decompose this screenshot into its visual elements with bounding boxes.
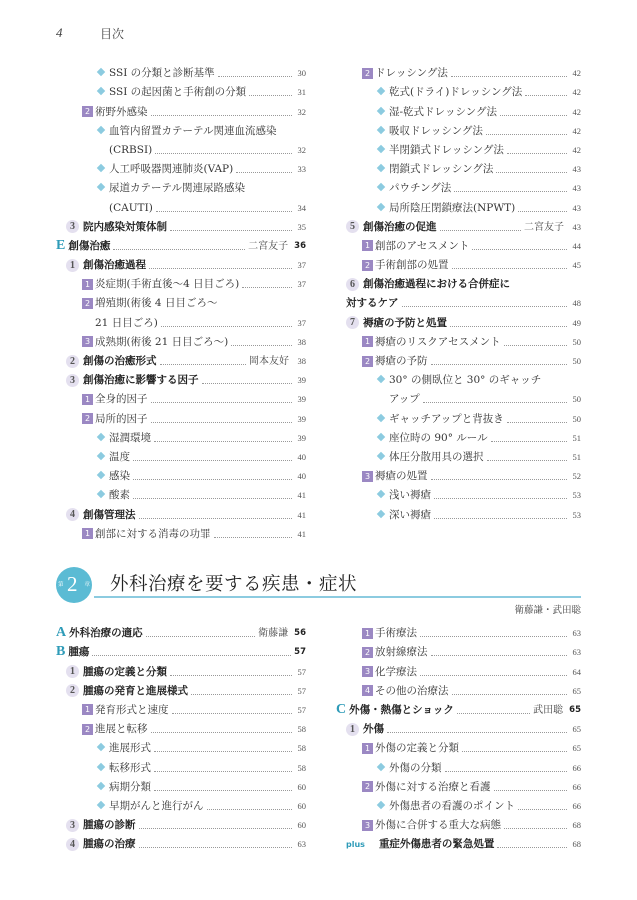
dot-leader xyxy=(202,383,293,384)
page-number-ref: 39 xyxy=(295,371,306,390)
section-letter: A xyxy=(56,625,66,640)
entry-text: 湿-乾式ドレッシング法 xyxy=(389,106,497,118)
toc-entry-title: 1外傷の定義と分類 xyxy=(362,739,459,758)
section-number-badge: 3 xyxy=(66,374,79,387)
entry-text: 放射線療法 xyxy=(375,646,428,658)
diamond-bullet-icon xyxy=(377,126,385,134)
dot-leader xyxy=(518,211,567,212)
toc-entry[interactable]: 病期分類60 xyxy=(56,778,306,797)
toc-entry-title: 感染 xyxy=(96,467,130,486)
toc-entry[interactable]: 1発育形式と速度57 xyxy=(56,701,306,720)
section-number-badge: 1 xyxy=(66,665,79,678)
entry-author: 岡本友好 xyxy=(249,352,289,371)
page-number-ref: 38 xyxy=(295,333,306,352)
chapter-divider xyxy=(94,596,581,598)
page-number-ref: 43 xyxy=(570,179,581,198)
entry-text: 半閉鎖式ドレッシング法 xyxy=(389,144,504,156)
toc-entry-title: 3成熟期(術後 21 日目ごろ～) xyxy=(82,333,228,352)
page-number-ref: 63 xyxy=(570,624,581,643)
entry-text: 吸収ドレッシング法 xyxy=(389,125,483,137)
entry-text: 全身的因子 xyxy=(95,393,148,405)
toc-entry[interactable]: 湿潤環境39 xyxy=(56,429,306,448)
toc-entry[interactable]: 2外傷に対する治療と看護66 xyxy=(336,778,581,797)
page-number-ref: 63 xyxy=(295,835,306,854)
toc-column-bottom-left: A外科治療の適応衛藤謙56B腫瘍571腫瘍の定義と分類572腫瘍の発育と進展様式… xyxy=(56,624,306,854)
page-number-ref: 50 xyxy=(570,390,581,409)
toc-entry[interactable]: 局所陰圧閉鎖療法(NPWT)43 xyxy=(336,198,581,217)
page-number-ref: 56 xyxy=(294,624,306,643)
toc-entry[interactable]: 進展形式58 xyxy=(56,739,306,758)
page-number-ref: 60 xyxy=(295,816,306,835)
page-number-ref: 37 xyxy=(295,314,306,333)
dot-leader xyxy=(472,249,567,250)
toc-entry[interactable]: 温度40 xyxy=(56,448,306,467)
toc-entry[interactable]: 外傷の分類66 xyxy=(336,758,581,777)
toc-entry-title: 1褥瘡のリスクアセスメント xyxy=(362,333,501,352)
entry-text: その他の治療法 xyxy=(375,685,449,697)
entry-text: パウチング法 xyxy=(389,182,451,194)
toc-entry-title: 3褥瘡の処置 xyxy=(362,467,428,486)
toc-entry-title: 2放射線療法 xyxy=(362,643,428,662)
toc-entry[interactable]: ギャッチアップと背抜き50 xyxy=(336,409,581,428)
dot-leader xyxy=(133,460,292,461)
toc-entry[interactable]: 30° の側臥位と 30° のギャッチアップ50 xyxy=(336,371,581,409)
entry-text: 外傷の分類 xyxy=(389,762,442,774)
toc-entry[interactable]: 体圧分散用具の選択51 xyxy=(336,448,581,467)
toc-entry[interactable]: 2増殖期(術後 4 日目ごろ～21 日目ごろ)37 xyxy=(56,294,306,332)
toc-entry[interactable]: 2進展と転移58 xyxy=(56,720,306,739)
toc-entry[interactable]: 1全身的因子39 xyxy=(56,390,306,409)
page-number-ref: 33 xyxy=(295,160,306,179)
toc-entry-title: 3化学療法 xyxy=(362,663,417,682)
subsection-number-badge: 2 xyxy=(82,106,93,117)
dot-leader xyxy=(402,306,568,307)
toc-entry[interactable]: SSI の起因菌と手術創の分類31 xyxy=(56,83,306,102)
entry-text: 腫瘍の発育と進展様式 xyxy=(83,685,188,697)
toc-entry-title: 乾式(ドライ)ドレッシング法 xyxy=(376,83,522,102)
toc-entry-title: 2ドレッシング法 xyxy=(362,64,448,83)
diamond-bullet-icon xyxy=(377,106,385,114)
chapter-number-circle: 第 2 章 xyxy=(56,567,92,603)
toc-entry[interactable]: 血管内留置カテーテル関連血流感染(CRBSI)32 xyxy=(56,122,306,160)
entry-text: 外傷 xyxy=(363,723,384,735)
section-number-badge: 4 xyxy=(66,508,79,521)
page-number-ref: 53 xyxy=(570,506,581,525)
toc-entry-title: 閉鎖式ドレッシング法 xyxy=(376,160,493,179)
toc-entry-title: 進展形式 xyxy=(96,739,151,758)
toc-entry[interactable]: 1創部に対する消毒の功罪41 xyxy=(56,525,306,544)
toc-entry-title: 1創部に対する消毒の功罪 xyxy=(82,525,211,544)
toc-entry-title: 酸素 xyxy=(96,486,130,505)
toc-entry[interactable]: 3褥瘡の処置52 xyxy=(336,467,581,486)
page-number-ref: 66 xyxy=(570,778,581,797)
toc-entry-title: 湿-乾式ドレッシング法 xyxy=(376,103,497,122)
entry-text: 座位時の 90° ルール xyxy=(389,432,488,444)
toc-entry[interactable]: 座位時の 90° ルール51 xyxy=(336,429,581,448)
entry-text: 創傷管理法 xyxy=(83,509,136,521)
toc-entry-title: 外傷患者の看護のポイント xyxy=(376,797,515,816)
chapter-prefix: 第 xyxy=(58,580,64,588)
dot-leader xyxy=(486,134,567,135)
entry-author: 二宮友子 xyxy=(248,237,288,256)
page-number-ref: 39 xyxy=(295,390,306,409)
toc-entry[interactable]: 6創傷治癒過程における合併症に対するケア48 xyxy=(336,275,581,313)
chapter-number: 2 xyxy=(67,572,78,597)
toc-entry[interactable]: 尿道カテーテル関連尿路感染(CAUTI)34 xyxy=(56,179,306,217)
toc-entry[interactable]: 外傷患者の看護のポイント66 xyxy=(336,797,581,816)
entry-text: ギャッチアップと背抜き xyxy=(389,413,504,425)
entry-text: 感染 xyxy=(109,470,130,482)
dot-leader xyxy=(431,655,568,656)
toc-entry-title: 転移形式 xyxy=(96,759,151,778)
page-number-ref: 66 xyxy=(570,797,581,816)
page-number-ref: 36 xyxy=(294,237,306,256)
entry-text: 外科治療の適応 xyxy=(69,627,143,639)
entry-author: 武田聡 xyxy=(533,701,563,720)
toc-entry[interactable]: 1腫瘍の定義と分類57 xyxy=(56,662,306,681)
entry-text: 炎症期(手術直後～4 日目ごろ) xyxy=(95,278,239,290)
page-number-ref: 40 xyxy=(295,448,306,467)
entry-text: 腫瘍の診断 xyxy=(83,819,136,831)
entry-text: 腫瘍の治療 xyxy=(83,838,136,850)
toc-entry[interactable]: 4腫瘍の治療63 xyxy=(56,835,306,854)
toc-entry[interactable]: パウチング法43 xyxy=(336,179,581,198)
toc-entry[interactable]: 感染40 xyxy=(56,467,306,486)
entry-text: 外傷に対する治療と看護 xyxy=(375,781,491,793)
section-number-badge: 3 xyxy=(66,220,79,233)
toc-entry[interactable]: 2ドレッシング法42 xyxy=(336,64,581,83)
entry-text: 30° の側臥位と 30° のギャッチ xyxy=(389,374,541,386)
toc-entry[interactable]: B腫瘍57 xyxy=(56,643,306,662)
section-number-badge: 7 xyxy=(346,316,359,329)
diamond-bullet-icon xyxy=(377,801,385,809)
diamond-bullet-icon xyxy=(377,87,385,95)
subsection-number-badge: 1 xyxy=(82,279,93,290)
entry-text: 増殖期(術後 4 日目ごろ～ xyxy=(95,297,217,309)
entry-text: 創傷治癒の促進 xyxy=(363,221,437,233)
diamond-bullet-icon xyxy=(97,452,105,460)
diamond-bullet-icon xyxy=(97,471,105,479)
dot-leader xyxy=(170,230,292,231)
toc-entry[interactable]: 3院内感染対策体制35 xyxy=(56,218,306,237)
entry-text: 発育形式と速度 xyxy=(95,704,169,716)
dot-leader xyxy=(154,441,292,442)
entry-text: 褥瘡の予防 xyxy=(375,355,428,367)
toc-entry[interactable]: 閉鎖式ドレッシング法43 xyxy=(336,160,581,179)
entry-text: 手術創部の処置 xyxy=(375,259,449,271)
dot-leader xyxy=(507,153,567,154)
entry-text-continued: 21 日目ごろ) xyxy=(82,314,158,333)
toc-entry[interactable]: 1炎症期(手術直後～4 日目ごろ)37 xyxy=(56,275,306,294)
toc-entry-title: 外傷の分類 xyxy=(376,759,442,778)
toc-entry[interactable]: 4創傷管理法41 xyxy=(56,505,306,524)
toc-entry[interactable]: 湿-乾式ドレッシング法42 xyxy=(336,102,581,121)
entry-text: 進展形式 xyxy=(109,742,151,754)
page-number-ref: 65 xyxy=(570,720,581,739)
entry-text: 早期がんと進行がん xyxy=(109,800,204,812)
section-number-badge: 4 xyxy=(66,838,79,851)
toc-entry-title: 3腫瘍の診断 xyxy=(66,816,136,835)
toc-entry[interactable]: 人工呼吸器関連肺炎(VAP)33 xyxy=(56,160,306,179)
page-number: 4 xyxy=(56,25,63,41)
dot-leader xyxy=(113,249,245,250)
page-number-ref: 65 xyxy=(570,739,581,758)
page-number-ref: 53 xyxy=(570,486,581,505)
toc-entry-title: 血管内留置カテーテル関連血流感染 xyxy=(96,122,276,141)
toc-entry[interactable]: 1褥瘡のリスクアセスメント50 xyxy=(336,333,581,352)
page-number-ref: 43 xyxy=(570,218,581,237)
entry-text: 病期分類 xyxy=(109,781,151,793)
subsection-number-badge: 3 xyxy=(82,336,93,347)
toc-entry-title: 4腫瘍の治療 xyxy=(66,835,136,854)
toc-entry[interactable]: 1創傷治癒過程37 xyxy=(56,256,306,275)
entry-text: 局所的因子 xyxy=(95,413,148,425)
toc-entry[interactable]: E創傷治癒二宮友子36 xyxy=(56,237,306,256)
entry-text: 閉鎖式ドレッシング法 xyxy=(389,163,493,175)
diamond-bullet-icon xyxy=(97,87,105,95)
toc-entry[interactable]: 7褥瘡の予防と処置49 xyxy=(336,313,581,332)
page-number-ref: 57 xyxy=(295,663,306,682)
entry-author: 衛藤謙 xyxy=(258,624,288,643)
subsection-number-badge: 2 xyxy=(362,68,373,79)
page-number-ref: 42 xyxy=(570,122,581,141)
toc-column-bottom-right: 1手術療法632放射線療法633化学療法644その他の治療法65C外傷・熱傷とシ… xyxy=(336,624,581,854)
subsection-number-badge: 1 xyxy=(362,240,373,251)
toc-entry-title: 深い褥瘡 xyxy=(376,506,431,525)
toc-entry[interactable]: 1外傷65 xyxy=(336,720,581,739)
page-number-ref: 31 xyxy=(295,83,306,102)
toc-entry[interactable]: 2腫瘍の発育と進展様式57 xyxy=(56,682,306,701)
dot-leader xyxy=(231,345,292,346)
diamond-bullet-icon xyxy=(377,490,385,498)
diamond-bullet-icon xyxy=(97,743,105,751)
dot-leader xyxy=(487,460,568,461)
entry-text: 局所陰圧閉鎖療法(NPWT) xyxy=(389,202,515,214)
dot-leader xyxy=(249,95,292,96)
toc-entry[interactable]: 5創傷治癒の促進二宮友子43 xyxy=(336,218,581,237)
dot-leader xyxy=(518,809,567,810)
dot-leader xyxy=(500,115,567,116)
page-number-ref: 37 xyxy=(295,275,306,294)
diamond-bullet-icon xyxy=(97,490,105,498)
dot-leader xyxy=(494,790,568,791)
entry-text-continued: (CRBSI) xyxy=(96,141,152,160)
dot-leader xyxy=(149,268,292,269)
toc-entry[interactable]: 乾式(ドライ)ドレッシング法42 xyxy=(336,83,581,102)
dot-leader xyxy=(457,713,530,714)
dot-leader xyxy=(445,771,568,772)
diamond-bullet-icon xyxy=(97,164,105,172)
toc-entry-title: 1創部のアセスメント xyxy=(362,237,469,256)
entry-text: 創傷治癒過程 xyxy=(83,259,146,271)
dot-leader xyxy=(452,694,568,695)
page-number-ref: 68 xyxy=(570,835,581,854)
toc-entry[interactable]: 3腫瘍の診断60 xyxy=(56,816,306,835)
entry-text: 温度 xyxy=(109,451,130,463)
toc-entry[interactable]: A外科治療の適応衛藤謙56 xyxy=(56,624,306,643)
toc-entry-title: 2術野外感染 xyxy=(82,103,148,122)
subsection-number-badge: 3 xyxy=(362,471,373,482)
toc-entry[interactable]: 3外傷に合併する重大な病態68 xyxy=(336,816,581,835)
toc-entry-title: 2褥瘡の予防 xyxy=(362,352,428,371)
dot-leader xyxy=(214,537,293,538)
entry-text: 深い褥瘡 xyxy=(389,509,431,521)
entry-text-continued: 対するケア xyxy=(346,294,399,313)
toc-entry-title: 30° の側臥位と 30° のギャッチ xyxy=(376,371,541,390)
entry-text: 創部に対する消毒の功罪 xyxy=(95,528,211,540)
toc-entry-title: 1全身的因子 xyxy=(82,390,148,409)
dot-leader xyxy=(154,751,292,752)
entry-text: 化学療法 xyxy=(375,666,417,678)
dot-leader xyxy=(156,211,292,212)
toc-entry[interactable]: 酸素41 xyxy=(56,486,306,505)
dot-leader xyxy=(504,828,567,829)
subsection-number-badge: 2 xyxy=(82,298,93,309)
dot-leader xyxy=(151,732,293,733)
page-number-ref: 42 xyxy=(570,103,581,122)
toc-entry[interactable]: 1手術療法63 xyxy=(336,624,581,643)
toc-entry-title: 2進展と転移 xyxy=(82,720,148,739)
entry-text: 乾式(ドライ)ドレッシング法 xyxy=(389,86,522,98)
page-number-ref: 50 xyxy=(570,352,581,371)
page-number-ref: 64 xyxy=(570,663,581,682)
diamond-bullet-icon xyxy=(377,509,385,517)
toc-entry-title: 2創傷の治癒形式 xyxy=(66,352,157,371)
entry-text: 人工呼吸器関連肺炎(VAP) xyxy=(109,163,233,175)
page-number-ref: 35 xyxy=(295,218,306,237)
dot-leader xyxy=(420,675,567,676)
toc-entry-title: B腫瘍 xyxy=(56,642,89,662)
page-number-ref: 50 xyxy=(570,333,581,352)
toc-entry[interactable]: 3創傷治癒に影響する因子39 xyxy=(56,371,306,390)
dot-leader xyxy=(491,441,567,442)
toc-entry[interactable]: C外傷・熱傷とショック武田聡65 xyxy=(336,701,581,720)
toc-entry-title: 6創傷治癒過程における合併症に xyxy=(346,275,510,294)
page-number-ref: 65 xyxy=(570,682,581,701)
page-number-ref: 68 xyxy=(570,816,581,835)
dot-leader xyxy=(155,153,292,154)
diamond-bullet-icon xyxy=(97,68,105,76)
toc-entry-title: 1手術療法 xyxy=(362,624,417,643)
dot-leader xyxy=(242,287,292,288)
page-number-ref: 37 xyxy=(295,256,306,275)
toc-entry-title: 温度 xyxy=(96,448,130,467)
dot-leader xyxy=(507,422,567,423)
toc-entry[interactable]: 2褥瘡の予防50 xyxy=(336,352,581,371)
toc-entry-title: SSI の起因菌と手術創の分類 xyxy=(96,83,246,102)
toc-entry[interactable]: 2手術創部の処置45 xyxy=(336,256,581,275)
entry-text: 体圧分散用具の選択 xyxy=(389,451,484,463)
toc-entry[interactable]: 2術野外感染32 xyxy=(56,102,306,121)
toc-entry-title: 4創傷管理法 xyxy=(66,506,136,525)
toc-entry[interactable]: 転移形式58 xyxy=(56,758,306,777)
toc-entry[interactable]: 半閉鎖式ドレッシング法42 xyxy=(336,141,581,160)
toc-entry[interactable]: 2放射線療法63 xyxy=(336,643,581,662)
page-number-ref: 51 xyxy=(570,448,581,467)
page-number-ref: 43 xyxy=(570,199,581,218)
entry-text: 腫瘍 xyxy=(68,646,89,658)
page-number-ref: 63 xyxy=(570,643,581,662)
toc-entry-title: 3院内感染対策体制 xyxy=(66,218,167,237)
toc-entry-title: 7褥瘡の予防と処置 xyxy=(346,314,447,333)
entry-text: 創傷治癒 xyxy=(68,240,110,252)
page-number-ref: 41 xyxy=(295,506,306,525)
diamond-bullet-icon xyxy=(377,375,385,383)
toc-entry[interactable]: 吸収ドレッシング法42 xyxy=(336,122,581,141)
toc-entry[interactable]: 4その他の治療法65 xyxy=(336,682,581,701)
toc-entry-title: 2腫瘍の発育と進展様式 xyxy=(66,682,188,701)
entry-text: 転移形式 xyxy=(109,762,151,774)
section-letter: E xyxy=(56,238,65,253)
diamond-bullet-icon xyxy=(97,781,105,789)
toc-entry[interactable]: 2創傷の治癒形式岡本友好38 xyxy=(56,352,306,371)
diamond-bullet-icon xyxy=(377,202,385,210)
entry-text: 腫瘍の定義と分類 xyxy=(83,666,167,678)
toc-entry[interactable]: 浅い褥瘡53 xyxy=(336,486,581,505)
dot-leader xyxy=(236,172,292,173)
section-number-badge: 1 xyxy=(66,259,79,272)
dot-leader xyxy=(504,345,567,346)
toc-entry-title: 湿潤環境 xyxy=(96,429,151,448)
toc-entry[interactable]: 3化学療法64 xyxy=(336,662,581,681)
toc-entry[interactable]: SSI の分類と診断基準30 xyxy=(56,64,306,83)
dot-leader xyxy=(160,364,247,365)
entry-text: SSI の起因菌と手術創の分類 xyxy=(109,86,246,98)
page-number-ref: 42 xyxy=(570,141,581,160)
toc-entry[interactable]: 2局所的因子39 xyxy=(56,409,306,428)
toc-entry[interactable]: 1創部のアセスメント44 xyxy=(336,237,581,256)
entry-text: 院内感染対策体制 xyxy=(83,221,167,233)
page-number-ref: 39 xyxy=(295,410,306,429)
toc-entry-title: A外科治療の適応 xyxy=(56,623,143,643)
toc-entry-title: 1腫瘍の定義と分類 xyxy=(66,663,167,682)
page-number-ref: 42 xyxy=(570,83,581,102)
diamond-bullet-icon xyxy=(377,413,385,421)
subsection-number-badge: 4 xyxy=(362,685,373,696)
dot-leader xyxy=(496,172,567,173)
page-number-ref: 66 xyxy=(570,759,581,778)
page-number-ref: 51 xyxy=(570,429,581,448)
page-number-ref: 32 xyxy=(295,103,306,122)
toc-entry[interactable]: plus重症外傷患者の緊急処置68 xyxy=(336,835,581,854)
dot-leader xyxy=(170,675,292,676)
dot-leader xyxy=(434,498,567,499)
subsection-number-badge: 1 xyxy=(82,394,93,405)
entry-text: 創傷治癒過程における合併症に xyxy=(363,278,510,290)
toc-entry-title: パウチング法 xyxy=(376,179,451,198)
toc-entry-title: 座位時の 90° ルール xyxy=(376,429,488,448)
dot-leader xyxy=(440,230,522,231)
toc-entry[interactable]: 早期がんと進行がん60 xyxy=(56,797,306,816)
diamond-bullet-icon xyxy=(377,164,385,172)
toc-entry-title: 人工呼吸器関連肺炎(VAP) xyxy=(96,160,233,179)
subsection-number-badge: 2 xyxy=(362,356,373,367)
page-number-ref: 44 xyxy=(570,237,581,256)
subsection-number-badge: 2 xyxy=(82,724,93,735)
subsection-number-badge: 3 xyxy=(362,820,373,831)
chapter-suffix: 章 xyxy=(84,580,90,588)
section-number-badge: 2 xyxy=(66,355,79,368)
entry-text: 外傷患者の看護のポイント xyxy=(389,800,515,812)
entry-text: SSI の分類と診断基準 xyxy=(109,67,215,79)
toc-entry-title: 1炎症期(手術直後～4 日目ごろ) xyxy=(82,275,239,294)
page-number-ref: 58 xyxy=(295,759,306,778)
toc-entry[interactable]: 3成熟期(術後 21 日目ごろ～)38 xyxy=(56,333,306,352)
diamond-bullet-icon xyxy=(97,801,105,809)
toc-entry[interactable]: 深い褥瘡53 xyxy=(336,505,581,524)
toc-entry-title: 早期がんと進行がん xyxy=(96,797,204,816)
toc-entry[interactable]: 1外傷の定義と分類65 xyxy=(336,739,581,758)
